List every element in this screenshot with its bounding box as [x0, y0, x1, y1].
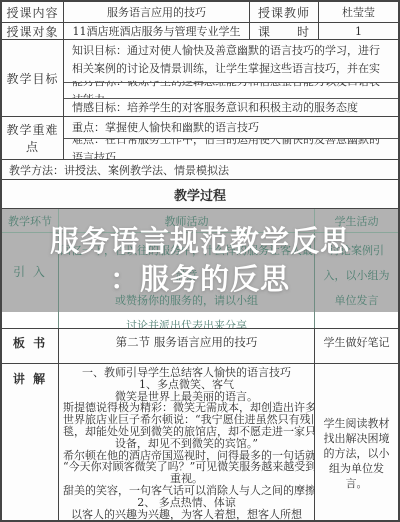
- stage-intro: 引 入: [2, 233, 59, 328]
- stage-board: 板 书: [2, 329, 59, 363]
- process-title: 教学过程: [2, 180, 398, 208]
- lecture-line: 设备，却见不到微笑的宾馆。”: [63, 438, 310, 450]
- lecture-line: 毯，却能处处见到微笑的旅馆店，却不愿走进一家只有一流: [63, 426, 310, 438]
- label-teacher: 授课教师: [250, 2, 319, 22]
- intro-teacher-line: 或赞扬你的服务的，请以小组: [59, 288, 314, 313]
- value-class-hours: 1: [319, 23, 398, 39]
- intro-teacher-line: 回忆一下，在以往的服务中，什么样的服务让客人最满意: [59, 238, 314, 288]
- lecture-student-activity: 学生阅读教材找出解决困境的方法，以小组为单位发言。: [315, 364, 398, 520]
- label-key-points: 教学重难点: [2, 117, 64, 159]
- key-point: 重点：掌握使人愉快和幽默的语言技巧: [64, 117, 398, 139]
- label-course-content: 授课内容: [2, 2, 64, 22]
- methods-row: 教学方法：讲授法、案例教学法、情景模拟法: [2, 160, 398, 180]
- process-title-row: 教学过程: [2, 180, 398, 209]
- lecture-teacher-activity: 一、教师引导学生总结客人愉快的语言技巧 1、多点微笑、客气 微笑是世界上最美丽的…: [59, 364, 315, 520]
- objectives-row: 教学目标 知识目标：通过对使人愉快及善意幽默的语言技巧的学习，进行相关案例的讨论…: [2, 40, 398, 117]
- objective-emotion: 情感目标：培养学生的对客服务意识和积极主动的服务态度: [64, 99, 398, 116]
- header-row-1: 授课内容 服务语言应用的技巧 授课教师 杜莹莹: [2, 2, 398, 23]
- stage-lecture-label: 讲 解: [13, 370, 47, 520]
- value-course-content: 服务语言应用的技巧: [64, 2, 250, 22]
- process-header-row: 教学环节 教师活动 学生活动: [2, 209, 398, 233]
- value-teacher: 杜莹莹: [319, 2, 398, 22]
- value-audience: 11酒店班酒店服务与管理专业学生: [64, 23, 250, 39]
- stage-lecture: 讲 解: [2, 364, 59, 520]
- label-class-hours: 课 时: [250, 23, 319, 39]
- key-points-list: 重点：掌握使人愉快和幽默的语言技巧 难点：在日常服务工作中，恰当的运用使人愉快的…: [64, 117, 398, 159]
- board-teacher-activity: 第二节 服务语言应用的技巧: [59, 329, 315, 363]
- header-row-2: 授课对象 11酒店班酒店服务与管理专业学生 课 时 1: [2, 23, 398, 40]
- lecture-line: 2、 多点热情、体谅: [63, 497, 310, 509]
- process-row-lecture: 讲 解 一、教师引导学生总结客人愉快的语言技巧 1、多点微笑、客气 微笑是世界上…: [2, 364, 398, 520]
- lecture-line: 1、多点微笑、客气: [63, 379, 310, 391]
- col-header-stage: 教学环节: [2, 209, 59, 232]
- key-points-row: 教学重难点 重点：掌握使人愉快和幽默的语言技巧 难点：在日常服务工作中，恰当的运…: [2, 117, 398, 160]
- label-objectives: 教学目标: [2, 40, 64, 116]
- board-student-activity: 学生做好笔记: [315, 329, 398, 363]
- difficult-point: 难点：在日常服务工作中，恰当的运用使人愉快的及善意幽默的语言技巧: [64, 139, 398, 159]
- intro-teacher-line: 讨论并派出代表出来分享: [59, 313, 314, 328]
- col-header-student-activity: 学生活动: [315, 209, 398, 232]
- label-audience: 授课对象: [2, 23, 64, 39]
- intro-student-activity: 讨论案例引入，以小组为单位发言: [315, 233, 398, 328]
- process-row-board: 板 书 第二节 服务语言应用的技巧 学生做好笔记: [2, 329, 398, 364]
- col-header-teacher-activity: 教师活动: [59, 209, 315, 232]
- lecture-line: 甜美的笑容，一句客气话可以消除人与人之间的摩擦: [63, 485, 310, 497]
- intro-teacher-activity: 回忆一下，在以往的服务中，什么样的服务让客人最满意 或赞扬你的服务的，请以小组 …: [59, 233, 315, 328]
- lesson-plan-document: 授课内容 服务语言应用的技巧 授课教师 杜莹莹 授课对象 11酒店班酒店服务与管…: [0, 0, 400, 522]
- objectives-list: 知识目标：通过对使人愉快及善意幽默的语言技巧的学习，进行相关案例的讨论及情景训练…: [64, 40, 398, 116]
- stage-board-label: 板 书: [13, 334, 47, 363]
- objective-ability: 能力目标：锻炼学生的逻辑思维能力和信息整合能力以及口语表达能力: [64, 83, 398, 99]
- process-row-intro: 引 入 回忆一下，在以往的服务中，什么样的服务让客人最满意 或赞扬你的服务的，请…: [2, 233, 398, 329]
- objective-knowledge: 知识目标：通过对使人愉快及善意幽默的语言技巧的学习，进行相关案例的讨论及情景训练…: [64, 40, 398, 83]
- methods-text: 教学方法：讲授法、案例教学法、情景模拟法: [2, 162, 398, 178]
- lecture-line: 以客人的兴趣为兴趣，为客人着想，想客人所想: [63, 509, 310, 520]
